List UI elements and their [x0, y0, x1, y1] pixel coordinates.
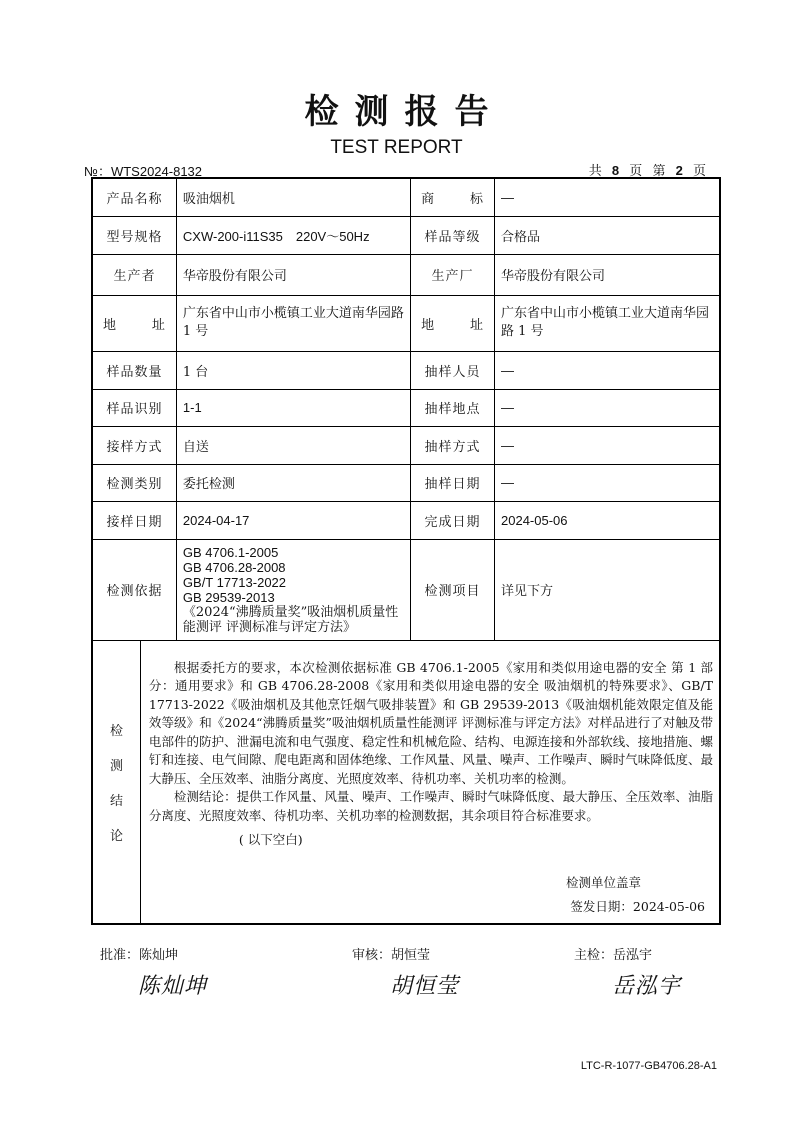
table-row: 接样方式 自送 抽样方式 — [92, 426, 720, 464]
field-value: 广东省中山市小榄镇工业大道南华园路 1 号 [495, 295, 721, 351]
issue-date: 签发日期：2024-05-06 [149, 898, 713, 917]
conclusion-result: 检测结论：提供工作风量、风量、噪声、工作噪声、瞬时气味降低度、最大静压、全压效率… [149, 788, 713, 825]
field-value: — [495, 389, 721, 426]
field-label: 地址 [411, 295, 495, 351]
field-value: 2024-04-17 [176, 501, 410, 539]
field-label: 生产者 [92, 254, 176, 295]
table-row: 产品名称 吸油烟机 商标 — [92, 178, 720, 216]
field-value: 1 台 [176, 351, 410, 389]
signature-name: 胡恒莹 [391, 948, 430, 963]
test-basis-list: GB 4706.1-2005 GB 4706.28-2008 GB/T 1771… [176, 539, 410, 640]
field-label: 接样日期 [92, 501, 176, 539]
conclusion-body: 根据委托方的要求，本次检测依据标准 GB 4706.1-2005《家用和类似用途… [140, 640, 720, 924]
table-row-conclusion: 检 测 结 论 根据委托方的要求，本次检测依据标准 GB 4706.1-2005… [92, 640, 720, 924]
field-value: 华帝股份有限公司 [495, 254, 721, 295]
handwritten-signature: 岳泓宇 [612, 969, 681, 1000]
table-row: 样品识别 1-1 抽样地点 — [92, 389, 720, 426]
field-label: 样品数量 [92, 351, 176, 389]
field-value: 合格品 [495, 216, 721, 254]
field-value: — [495, 351, 721, 389]
signature-name: 陈灿坤 [139, 948, 178, 963]
field-label: 抽样日期 [411, 464, 495, 501]
field-value: 自送 [176, 426, 410, 464]
basis-item: 能测评 评测标准与评定方法》 [183, 620, 404, 635]
signature-inspector: 主检：岳泓宇 岳泓宇 [574, 944, 681, 1000]
conclusion-label-char: 结 [99, 790, 134, 809]
field-value: 华帝股份有限公司 [176, 254, 410, 295]
document-code: LTC-R-1077-GB4706.28-A1 [581, 1060, 717, 1072]
field-value: 委托检测 [176, 464, 410, 501]
field-label: 抽样人员 [411, 351, 495, 389]
field-value: 2024-05-06 [495, 501, 721, 539]
field-value: — [495, 178, 721, 216]
report-title: 检测报告 [0, 84, 793, 133]
field-value: 详见下方 [495, 539, 721, 640]
signature-approver: 批准：陈灿坤 陈灿坤 [100, 944, 207, 1000]
field-value: — [495, 426, 721, 464]
field-label: 样品等级 [411, 216, 495, 254]
field-label: 完成日期 [411, 501, 495, 539]
field-label: 生产厂 [411, 254, 495, 295]
table-row: 样品数量 1 台 抽样人员 — [92, 351, 720, 389]
handwritten-signature: 胡恒莹 [390, 969, 459, 1000]
signature-name: 岳泓宇 [613, 948, 652, 963]
signature-role: 审核： [352, 948, 391, 963]
field-value: CXW-200-i11S35 220V～50Hz [176, 216, 410, 254]
conclusion-paragraph: 根据委托方的要求，本次检测依据标准 GB 4706.1-2005《家用和类似用途… [149, 659, 713, 789]
field-label: 样品识别 [92, 389, 176, 426]
table-row: 型号规格 CXW-200-i11S35 220V～50Hz 样品等级 合格品 [92, 216, 720, 254]
conclusion-label-char: 论 [99, 825, 134, 844]
signature-role: 批准： [100, 948, 139, 963]
basis-item: 《2024“沸腾质量奖”吸油烟机质量性 [183, 605, 404, 620]
table-row: 接样日期 2024-04-17 完成日期 2024-05-06 [92, 501, 720, 539]
table-row: 检测类别 委托检测 抽样日期 — [92, 464, 720, 501]
report-subtitle: TEST REPORT [0, 137, 793, 159]
field-label: 产品名称 [92, 178, 176, 216]
field-value: 1-1 [176, 389, 410, 426]
basis-item: GB 4706.28-2008 [183, 560, 404, 575]
field-label: 检测类别 [92, 464, 176, 501]
field-label: 型号规格 [92, 216, 176, 254]
field-label: 地址 [92, 295, 176, 351]
table-row: 生产者 华帝股份有限公司 生产厂 华帝股份有限公司 [92, 254, 720, 295]
report-info-table: 产品名称 吸油烟机 商标 — 型号规格 CXW-200-i11S35 220V～… [91, 177, 721, 925]
signature-role: 主检： [574, 948, 613, 963]
field-value: — [495, 464, 721, 501]
basis-item: GB/T 17713-2022 [183, 575, 404, 590]
conclusion-label-char: 测 [99, 755, 134, 774]
table-row-basis: 检测依据 GB 4706.1-2005 GB 4706.28-2008 GB/T… [92, 539, 720, 640]
field-label: 检测依据 [92, 539, 176, 640]
stamp-label: 检测单位盖章 [149, 874, 713, 893]
signature-reviewer: 审核：胡恒莹 胡恒莹 [352, 944, 459, 1000]
field-label: 接样方式 [92, 426, 176, 464]
blank-note: ( 以下空白) [239, 831, 713, 850]
field-label: 抽样地点 [411, 389, 495, 426]
field-value: 广东省中山市小榄镇工业大道南华园路 1 号 [176, 295, 410, 351]
field-label: 商标 [411, 178, 495, 216]
conclusion-label: 检 测 结 论 [92, 640, 140, 924]
page-current: 2 [676, 163, 686, 178]
page-total: 8 [612, 163, 622, 178]
field-label: 抽样方式 [411, 426, 495, 464]
field-label: 检测项目 [411, 539, 495, 640]
basis-item: GB 29539-2013 [183, 590, 404, 605]
table-row: 地址 广东省中山市小榄镇工业大道南华园路 1 号 地址 广东省中山市小榄镇工业大… [92, 295, 720, 351]
basis-item: GB 4706.1-2005 [183, 545, 404, 560]
field-value: 吸油烟机 [176, 178, 410, 216]
handwritten-signature: 陈灿坤 [138, 969, 207, 1000]
conclusion-label-char: 检 [99, 720, 134, 739]
